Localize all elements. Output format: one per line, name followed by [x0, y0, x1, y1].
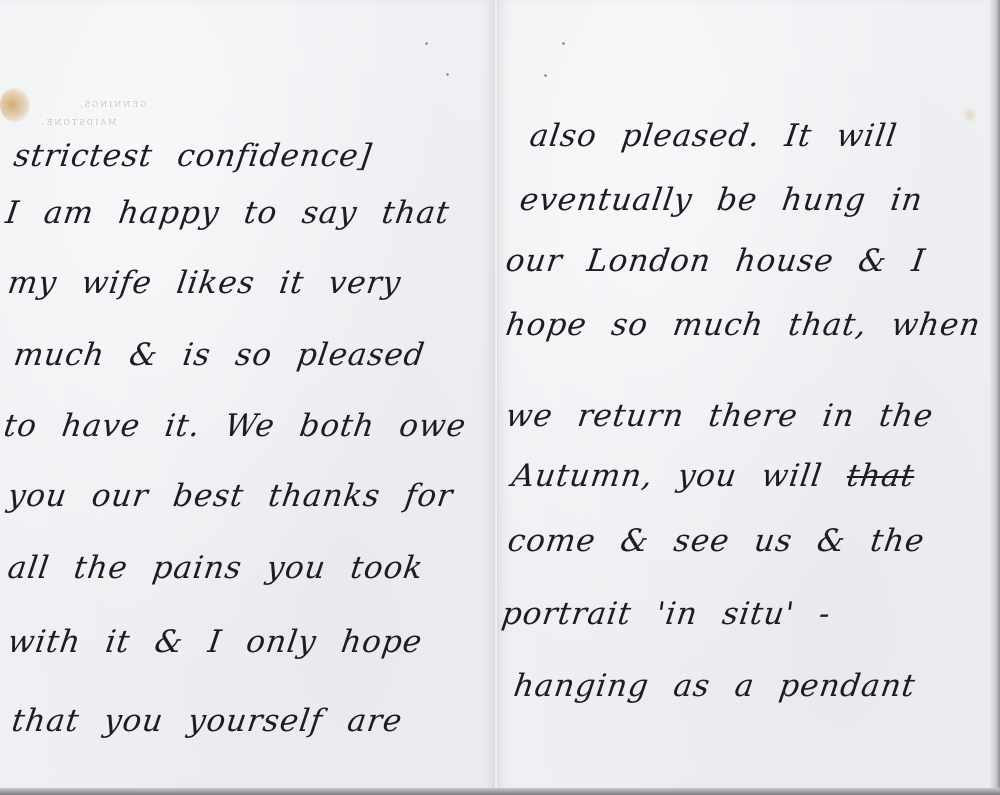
handwritten-word: Autumn, you will: [509, 458, 824, 494]
pinhole-mark: [424, 41, 429, 46]
handwritten-line: portrait 'in situ' -: [499, 596, 833, 632]
handwritten-line: come & see us & the: [505, 523, 927, 559]
handwritten-line: Autumn, you will that: [509, 458, 916, 494]
handwritten-line: that you yourself are: [9, 703, 404, 739]
right-page: also pleased. It will eventually be hung…: [496, 0, 990, 790]
handwritten-line: our London house & I: [503, 243, 927, 279]
paper-right-edge: [990, 0, 1000, 795]
handwritten-line: eventually be hung in: [517, 182, 925, 218]
center-fold: [494, 0, 498, 795]
handwritten-line: my wife likes it very: [5, 265, 403, 301]
handwritten-line: strictest confidence]: [11, 138, 374, 174]
water-stain: [0, 88, 30, 122]
handwritten-line: also pleased. It will: [527, 118, 899, 154]
paper-bottom-edge: [0, 788, 1000, 795]
handwritten-line: we return there in the: [503, 398, 935, 434]
handwritten-line: you our best thanks for: [5, 478, 455, 514]
handwritten-line: I am happy to say that: [3, 195, 451, 231]
handwritten-line: much & is so pleased: [11, 337, 427, 373]
stationer-emboss-line1: GENNINGS,: [78, 100, 147, 109]
struck-out-word: that: [844, 458, 916, 494]
handwritten-line: hope so much that, when: [503, 307, 983, 343]
pinhole-mark: [445, 72, 450, 77]
pinhole-mark: [543, 73, 548, 78]
handwritten-line: with it & I only hope: [5, 624, 424, 660]
letter-sheet: GENNINGS, MAIDSTONE. strictest confidenc…: [0, 0, 1000, 795]
small-stain: [963, 108, 977, 122]
handwritten-line: hanging as a pendant: [511, 668, 917, 704]
handwritten-line: all the pains you took: [5, 550, 425, 586]
handwritten-line: to have it. We both owe: [1, 408, 468, 444]
pinhole-mark: [561, 41, 566, 46]
left-page: GENNINGS, MAIDSTONE. strictest confidenc…: [0, 0, 496, 790]
stationer-emboss-line2: MAIDSTONE.: [40, 118, 116, 127]
